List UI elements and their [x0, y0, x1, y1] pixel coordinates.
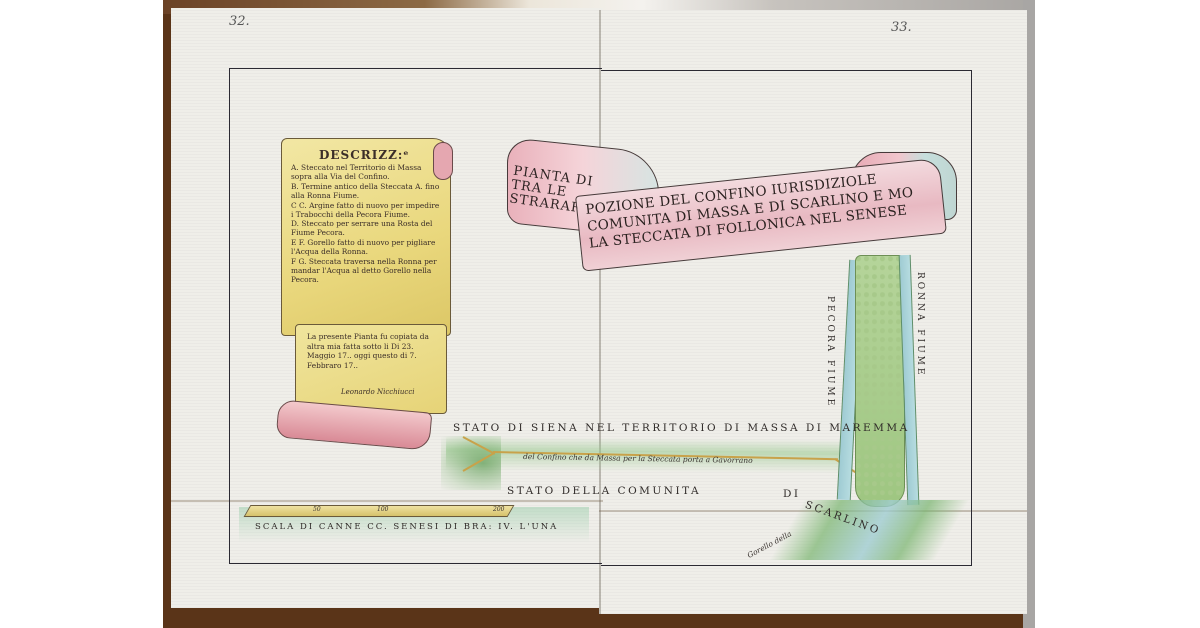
scale-label: SCALA DI CANNE CC. SENESI DI BRA: IV. L'… [255, 522, 558, 532]
label-pecora-fiume: PECORA FIUME [825, 296, 835, 408]
copy-note: La presente Pianta fu copiata da altra m… [307, 332, 437, 370]
description-item: A. Steccato nel Territorio di Massa sopr… [291, 164, 441, 182]
forest-between-rivers [855, 255, 905, 507]
description-item: F G. Steccata traversa nella Ronna per m… [291, 258, 441, 285]
scale-tick-50: 50 [313, 506, 321, 513]
description-list: A. Steccato nel Territorio di Massa sopr… [291, 164, 441, 286]
description-cartouche: DESCRIZZ:ᵉ A. Steccato nel Territorio di… [275, 138, 451, 438]
description-item: C C. Argine fatto di nuovo per impedire … [291, 202, 441, 220]
manuscript-photo: 32. 33. DESCRIZZ:ᵉ A. Steccato nel Terri… [163, 0, 1035, 628]
label-stato-di-siena: STATO DI SIENA NEL TERRITORIO DI MASSA D… [453, 422, 910, 434]
description-item: D. Steccato per serrare una Rosta del Fi… [291, 220, 441, 238]
label-ronna-fiume: RONNA FIUME [915, 272, 925, 377]
scale-tick-200: 200 [493, 506, 504, 513]
signature: Leonardo Nicchiucci [341, 388, 415, 396]
label-di: DI [783, 488, 801, 500]
page-number-left: 32. [229, 14, 250, 29]
page-number-right: 33. [891, 20, 912, 35]
description-item: B. Termine antico della Steccata A. fino… [291, 183, 441, 201]
description-title: DESCRIZZ:ᵉ [319, 148, 410, 162]
vegetation-cluster [441, 436, 501, 490]
label-stato-della-comunita: STATO DELLA COMUNITA [507, 485, 701, 497]
description-item: E F. Gorello fatto di nuovo per pigliare… [291, 239, 441, 257]
scale-tick-100: 100 [377, 506, 388, 513]
